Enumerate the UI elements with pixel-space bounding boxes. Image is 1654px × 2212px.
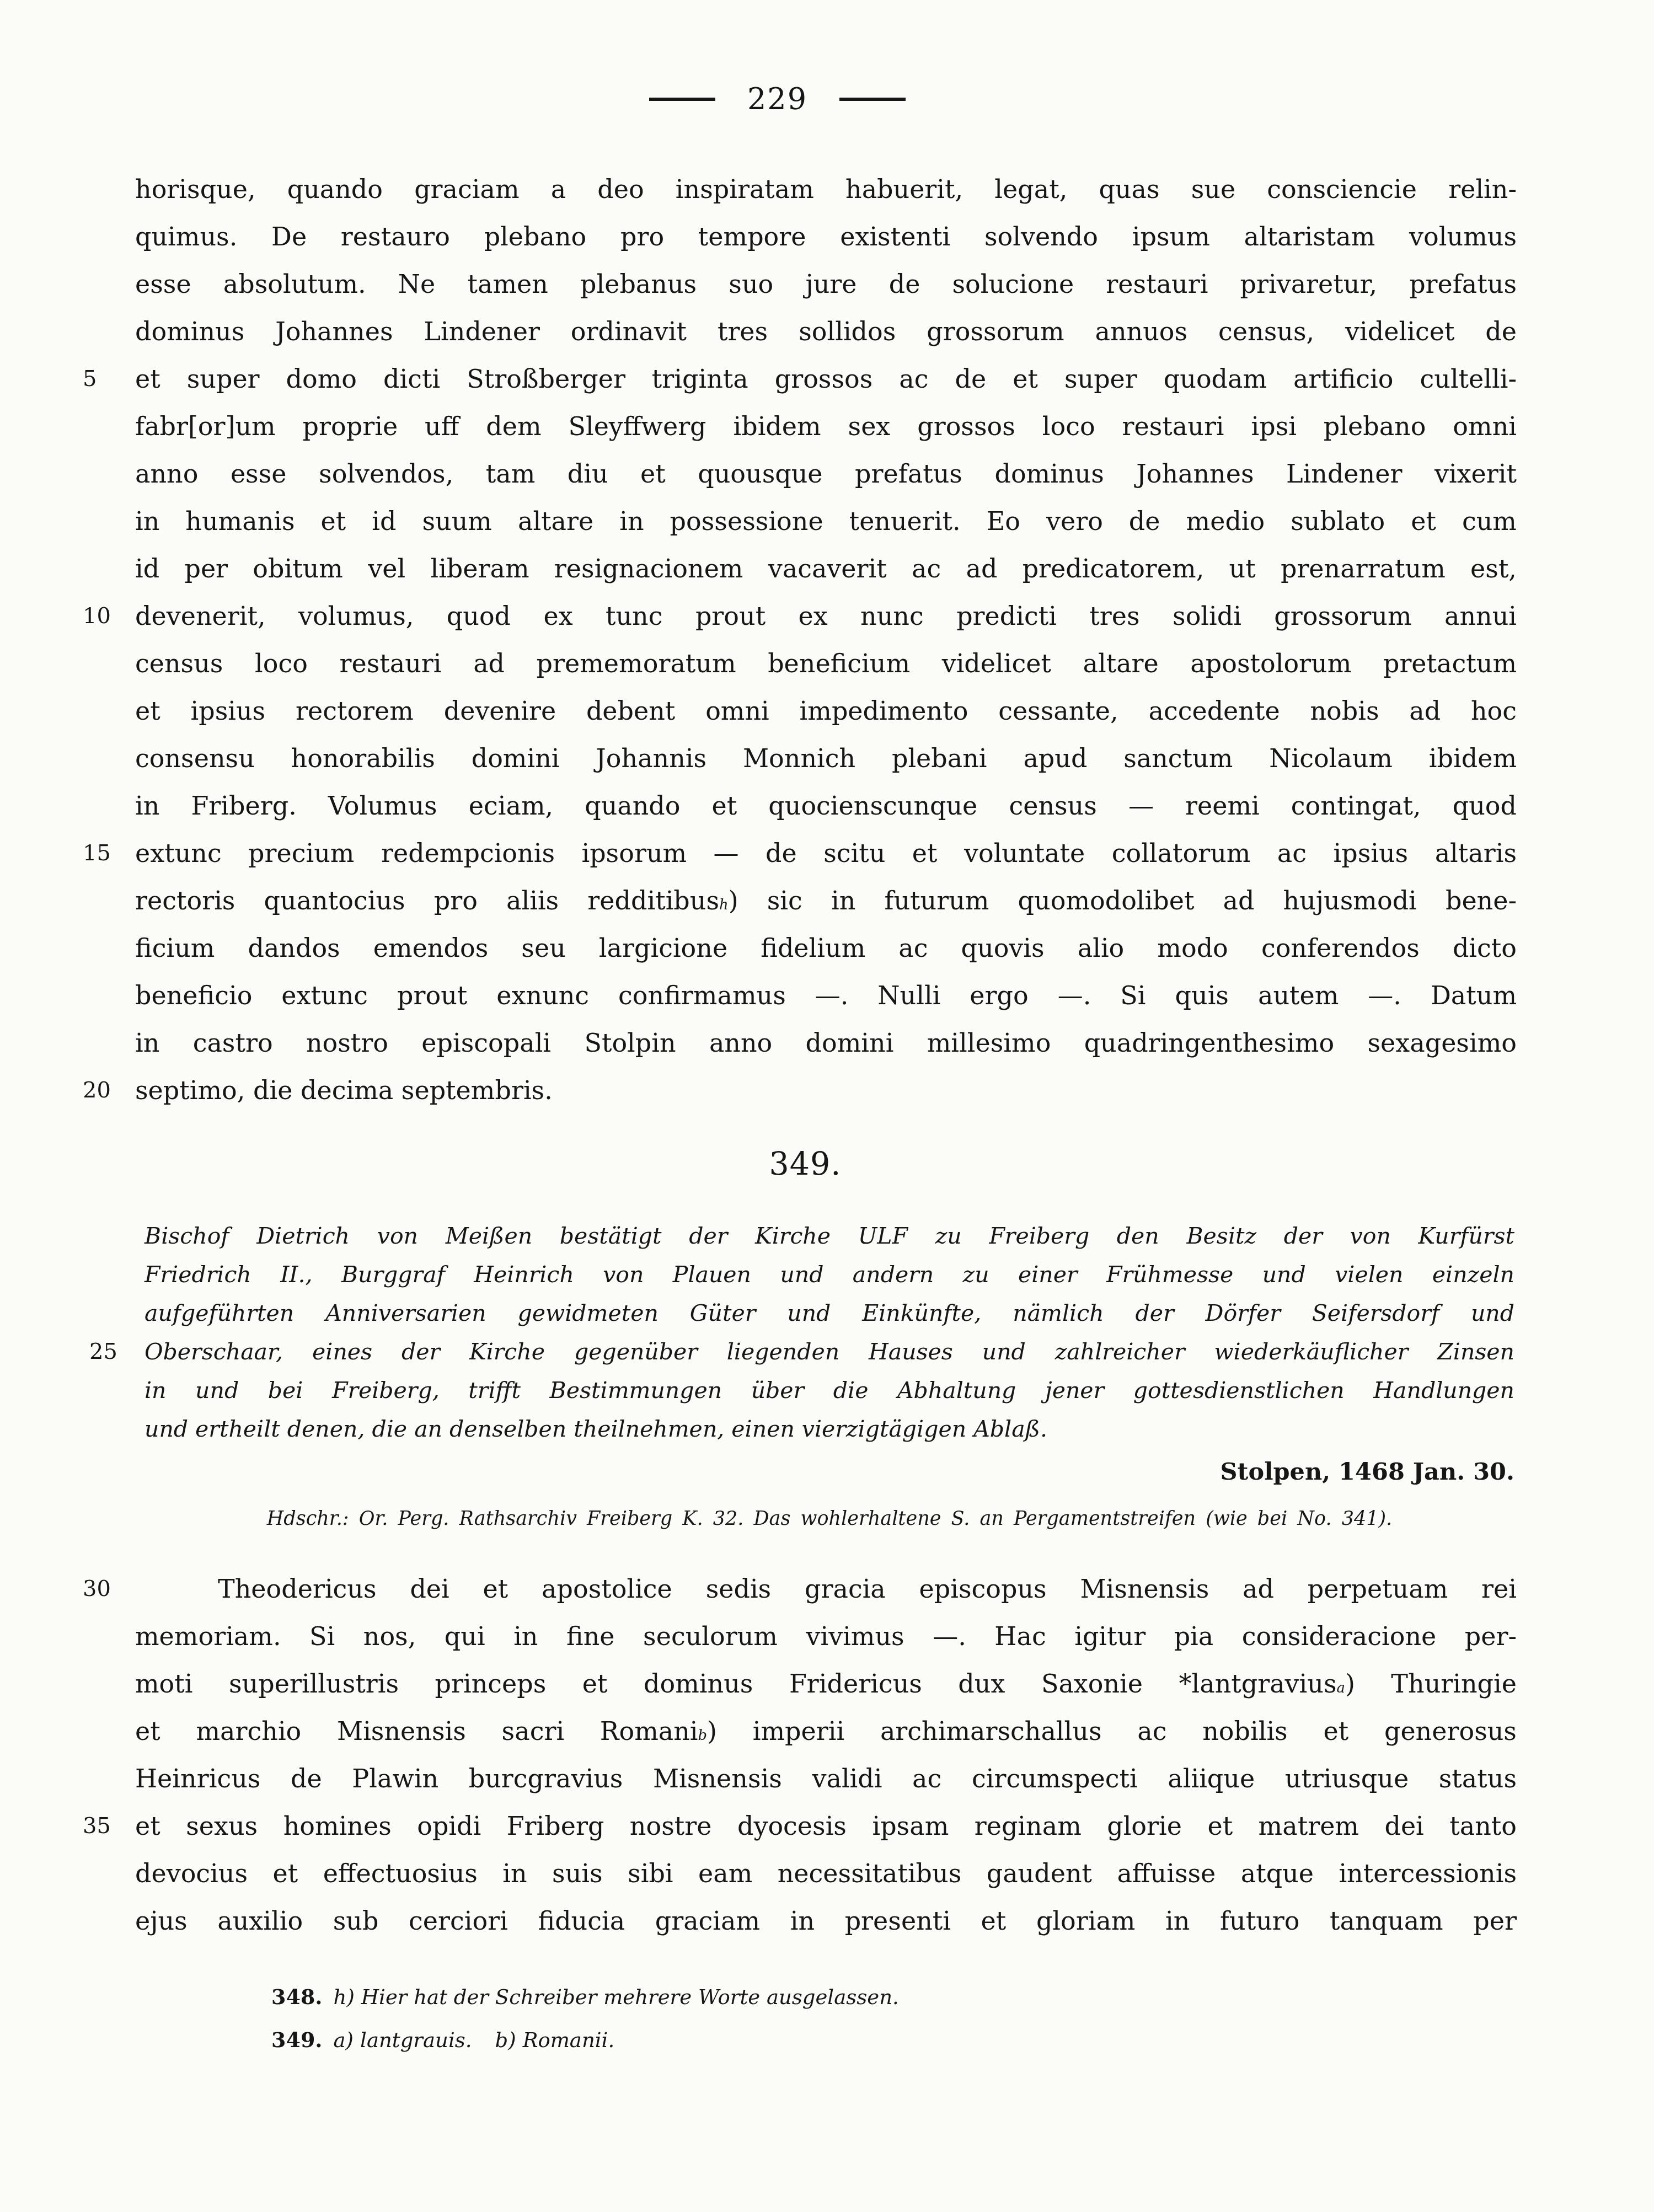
text-line: quimus. De restauro plebano pro tempore … — [135, 213, 1517, 260]
line-text: dominus Johannes Lindener ordinavit tres… — [135, 317, 1517, 346]
header-rule-right — [839, 98, 906, 101]
entry-349-dateline: Stolpen, 1468 Jan. 30. — [144, 1448, 1514, 1491]
line-text: und ertheilt denen, die an denselben the… — [144, 1416, 1047, 1442]
entry-349-source-note: Hdschr.: Or. Perg. Rathsarchiv Freiberg … — [144, 1508, 1514, 1530]
line-text: extunc precium redempcionis ipsorum — de… — [135, 838, 1517, 868]
text-line: devocius et effectuosius in suis sibi ea… — [135, 1850, 1517, 1897]
summary-line: Friedrich II., Burggraf Heinrich von Pla… — [144, 1255, 1514, 1294]
footnote-marker: a) — [334, 2028, 354, 2052]
line-text: consensu honorabilis domini Johannis Mon… — [135, 743, 1517, 773]
line-text: Theodericus dei et apostolice sedis grac… — [218, 1574, 1517, 1604]
header-rule-left — [649, 98, 715, 101]
summary-line: 25Oberschaar, eines der Kirche gegenüber… — [144, 1332, 1514, 1371]
line-text: aufgeführten Anniversarien gewidmeten Gü… — [144, 1300, 1514, 1326]
text-line: 5et super domo dicti Stroßberger trigint… — [135, 355, 1517, 403]
text-line: 10devenerit, volumus, quod ex tunc prout… — [135, 592, 1517, 640]
entry-348-text: horisque, quando graciam a deo inspirata… — [135, 165, 1517, 1114]
text-line: ficium dandos emendos seu largicione fid… — [135, 924, 1517, 972]
line-text: in und bei Freiberg, trifft Bestimmungen… — [144, 1377, 1514, 1404]
line-text: esse absolutum. Ne tamen plebanus suo ju… — [135, 269, 1517, 299]
line-text: ejus auxilio sub cerciori fiducia gracia… — [135, 1906, 1517, 1936]
text-line: id per obitum vel liberam resignacionem … — [135, 545, 1517, 592]
footnote-reference: b — [698, 1727, 707, 1744]
footnote-marker: b) — [495, 2028, 516, 2052]
line-text: anno esse solvendos, tam diu et quousque… — [135, 459, 1517, 489]
page-number: 229 — [747, 82, 807, 116]
footnote-reference: h — [719, 897, 729, 913]
line-text: devenerit, volumus, quod ex tunc prout e… — [135, 601, 1517, 631]
text-line: anno esse solvendos, tam diu et quousque… — [135, 450, 1517, 497]
text-line: beneficio extunc prout exnunc confirmamu… — [135, 972, 1517, 1019]
line-text: devocius et effectuosius in suis sibi ea… — [135, 1858, 1517, 1888]
footnotes: 348.h)Hier hat der Schreiber mehrere Wor… — [271, 1975, 1518, 2061]
text-line: 35et sexus homines opidi Friberg nostre … — [135, 1802, 1517, 1850]
text-line: Heinricus de Plawin burcgravius Misnensi… — [135, 1755, 1517, 1802]
line-text: fabr[or]um proprie uff dem Sleyffwerg ib… — [135, 411, 1517, 441]
text-line: in humanis et id suum altare in possessi… — [135, 497, 1517, 545]
line-text: in castro nostro episcopali Stolpin anno… — [135, 1028, 1517, 1058]
margin-line-number: 10 — [83, 592, 119, 640]
line-text: ) sic in futurum quomodolibet ad hujusmo… — [729, 886, 1517, 915]
text-line: rectoris quantocius pro aliis redditibus… — [135, 877, 1517, 924]
footnote-marker: h) — [334, 1985, 355, 2009]
line-text: rectoris quantocius pro aliis redditibus — [135, 886, 719, 915]
footnote-text: Hier hat der Schreiber mehrere Worte aus… — [361, 1985, 899, 2009]
margin-line-number: 20 — [83, 1067, 119, 1114]
line-text: in Friberg. Volumus eciam, quando et quo… — [135, 791, 1517, 821]
text-line: 15extunc precium redempcionis ipsorum — … — [135, 829, 1517, 877]
summary-line: aufgeführten Anniversarien gewidmeten Gü… — [144, 1294, 1514, 1332]
text-line: dominus Johannes Lindener ordinavit tres… — [135, 308, 1517, 355]
margin-line-number: 25 — [89, 1332, 126, 1371]
margin-line-number: 5 — [83, 355, 119, 403]
text-line: consensu honorabilis domini Johannis Mon… — [135, 735, 1517, 782]
text-line: et marchio Misnensis sacri Romanib) impe… — [135, 1707, 1517, 1755]
line-text: et marchio Misnensis sacri Romani — [135, 1716, 698, 1746]
text-line: 30Theodericus dei et apostolice sedis gr… — [135, 1565, 1517, 1613]
line-text: Bischof Dietrich von Meißen bestätigt de… — [144, 1223, 1514, 1249]
text-line: moti superillustris princeps et dominus … — [135, 1660, 1517, 1707]
line-text: et super domo dicti Stroßberger triginta… — [135, 364, 1517, 394]
footnote-entry-number: 348. — [271, 1984, 323, 2009]
summary-line: Bischof Dietrich von Meißen bestätigt de… — [144, 1217, 1514, 1255]
line-text: ) Thuringie — [1345, 1669, 1517, 1699]
entry-349-text: 30Theodericus dei et apostolice sedis gr… — [135, 1565, 1517, 1945]
footnote-entry-number: 349. — [271, 2027, 323, 2052]
text-line: fabr[or]um proprie uff dem Sleyffwerg ib… — [135, 403, 1517, 450]
line-text: et sexus homines opidi Friberg nostre dy… — [135, 1811, 1517, 1841]
summary-line: und ertheilt denen, die an denselben the… — [144, 1410, 1514, 1448]
page-header: 229 — [0, 82, 1604, 116]
text-line: horisque, quando graciam a deo inspirata… — [135, 165, 1517, 213]
line-text: moti superillustris princeps et dominus … — [135, 1669, 1337, 1699]
margin-line-number: 30 — [83, 1565, 119, 1613]
text-line: esse absolutum. Ne tamen plebanus suo ju… — [135, 260, 1517, 308]
margin-line-number: 15 — [83, 829, 119, 877]
line-text: Oberschaar, eines der Kirche gegenüber l… — [144, 1338, 1514, 1365]
line-text: in humanis et id suum altare in possessi… — [135, 506, 1517, 536]
line-text: ) imperii archimarschallus ac nobilis et… — [707, 1716, 1517, 1746]
text-line: 20septimo, die decima septembris. — [135, 1067, 1517, 1114]
footnote-text: lantgrauis. — [360, 2028, 472, 2052]
line-text: Friedrich II., Burggraf Heinrich von Pla… — [144, 1261, 1514, 1288]
text-line: in Friberg. Volumus eciam, quando et quo… — [135, 782, 1517, 829]
line-text: beneficio extunc prout exnunc confirmamu… — [135, 981, 1517, 1010]
footnote-reference: a — [1337, 1680, 1345, 1696]
line-text: quimus. De restauro plebano pro tempore … — [135, 222, 1517, 251]
footnote-text: Romanii. — [523, 2028, 615, 2052]
line-text: septimo, die decima septembris. — [135, 1075, 553, 1105]
footnote: 349.a)lantgrauis.b)Romanii. — [271, 2018, 1518, 2061]
footnote: 348.h)Hier hat der Schreiber mehrere Wor… — [271, 1975, 1518, 2018]
line-text: horisque, quando graciam a deo inspirata… — [135, 174, 1517, 204]
text-line: in castro nostro episcopali Stolpin anno… — [135, 1019, 1517, 1067]
line-text: et ipsius rectorem devenire debent omni … — [135, 696, 1517, 726]
text-line: census loco restauri ad prememoratum ben… — [135, 640, 1517, 687]
line-text: id per obitum vel liberam resignacionem … — [135, 554, 1517, 583]
margin-line-number: 35 — [83, 1802, 119, 1850]
entry-349-number: 349. — [0, 1146, 1610, 1182]
line-text: census loco restauri ad prememoratum ben… — [135, 649, 1517, 678]
summary-line: in und bei Freiberg, trifft Bestimmungen… — [144, 1371, 1514, 1410]
scanned-book-page: 229 horisque, quando graciam a deo inspi… — [0, 0, 1654, 2212]
line-text: Heinricus de Plawin burcgravius Misnensi… — [135, 1764, 1517, 1793]
line-text: ficium dandos emendos seu largicione fid… — [135, 933, 1517, 963]
text-line: ejus auxilio sub cerciori fiducia gracia… — [135, 1897, 1517, 1945]
text-line: et ipsius rectorem devenire debent omni … — [135, 687, 1517, 735]
text-line: memoriam. Si nos, qui in fine seculorum … — [135, 1613, 1517, 1660]
entry-349-summary: Bischof Dietrich von Meißen bestätigt de… — [144, 1217, 1514, 1491]
line-text: memoriam. Si nos, qui in fine seculorum … — [135, 1621, 1517, 1651]
